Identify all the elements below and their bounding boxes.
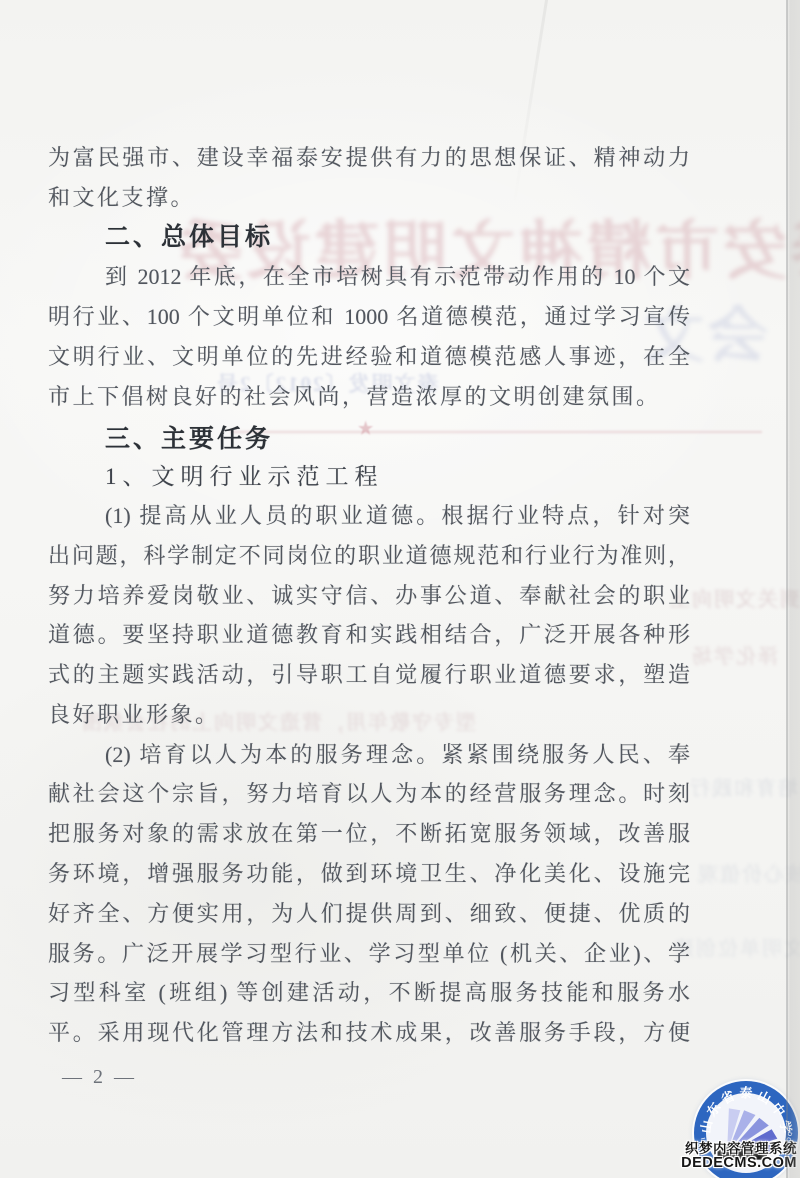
dedecms-watermark: 织梦内容管理系统 DEDECMS.COM [645,1141,797,1171]
text-line-15: 良好职业形象。 [48,702,690,728]
text-line-20: 好齐全、方便实用，为人们提供周到、细致、便捷、优质的 [48,901,690,927]
text-line-16: (2) 培育以人为本的服务理念。紧紧围绕服务人民、奉 [48,742,690,768]
text-line-22: 习型科室 (班组) 等创建活动，不断提高服务技能和服务水 [48,980,690,1006]
text-line-10: (1) 提高从业人员的职业道德。根据行业特点，针对突 [48,503,690,529]
text-line-11: 出问题，科学制定不同岗位的职业道德规范和行业行为准则， [48,543,690,569]
text-line-13: 道德。要坚持职业道德教育和实践相结合，广泛开展各种形 [48,622,690,648]
text-line-17: 献社会这个宗旨，努力培育以人为本的经营服务理念。时刻 [48,781,690,807]
text-line-18: 把服务对象的需求放在第一位，不断拓宽服务领域，改善服 [48,821,690,847]
text-line-12: 努力培养爱岗敬业、诚实守信、办事公道、奉献社会的职业 [48,583,690,609]
seal-ring-character: 山 [695,1119,716,1135]
text-line-8: 三、主要任务 [48,424,273,454]
text-line-23: 平。采用现代化管理方法和技术成果，改善服务手段，方便 [48,1020,690,1046]
text-line-5: 明行业、100 个文明单位和 1000 名道德模范，通过学习宣传 [48,304,690,330]
text-line-9: 1、文明行业示范工程 [48,463,384,491]
seal-ring-character: 泰 [739,1083,752,1102]
text-line-1: 为富民强市、建设幸福泰安提供有力的思想保证、精神动力 [48,145,690,171]
text-line-14: 式的主题实践活动，引导职工自觉履行职业道德要求，塑造 [48,662,690,688]
page-number: — 2 — [62,1066,137,1089]
watermark-cms-name: 织梦内容管理系统 [645,1141,797,1156]
document-text: 为富民强市、建设幸福泰安提供有力的思想保证、精神动力和文化支撑。二、总体目标到 … [0,0,800,1178]
text-line-6: 文明行业、文明单位的先进经验和道德模范感人事迹，在全 [48,344,690,370]
scanned-document-page: 泰安市精神文明建设委会文泰文明发〔2012〕2号★到关文明向上泽化学场型专守敬年… [0,0,800,1178]
text-line-2: 和文化支撑。 [48,185,690,211]
watermark-domain: DEDECMS.COM [645,1156,797,1171]
text-line-4: 到 2012 年底，在全市培树具有示范带动作用的 10 个文 [48,264,690,290]
text-line-19: 务环境，增强服务功能，做到环境卫生、净化美化、设施完 [48,861,690,887]
text-line-21: 服务。广泛开展学习型行业、学习型单位 (机关、企业)、学 [48,941,690,967]
text-line-7: 市上下倡树良好的社会风尚，营造浓厚的文明创建氛围。 [48,384,690,410]
text-line-3: 二、总体目标 [48,222,273,252]
